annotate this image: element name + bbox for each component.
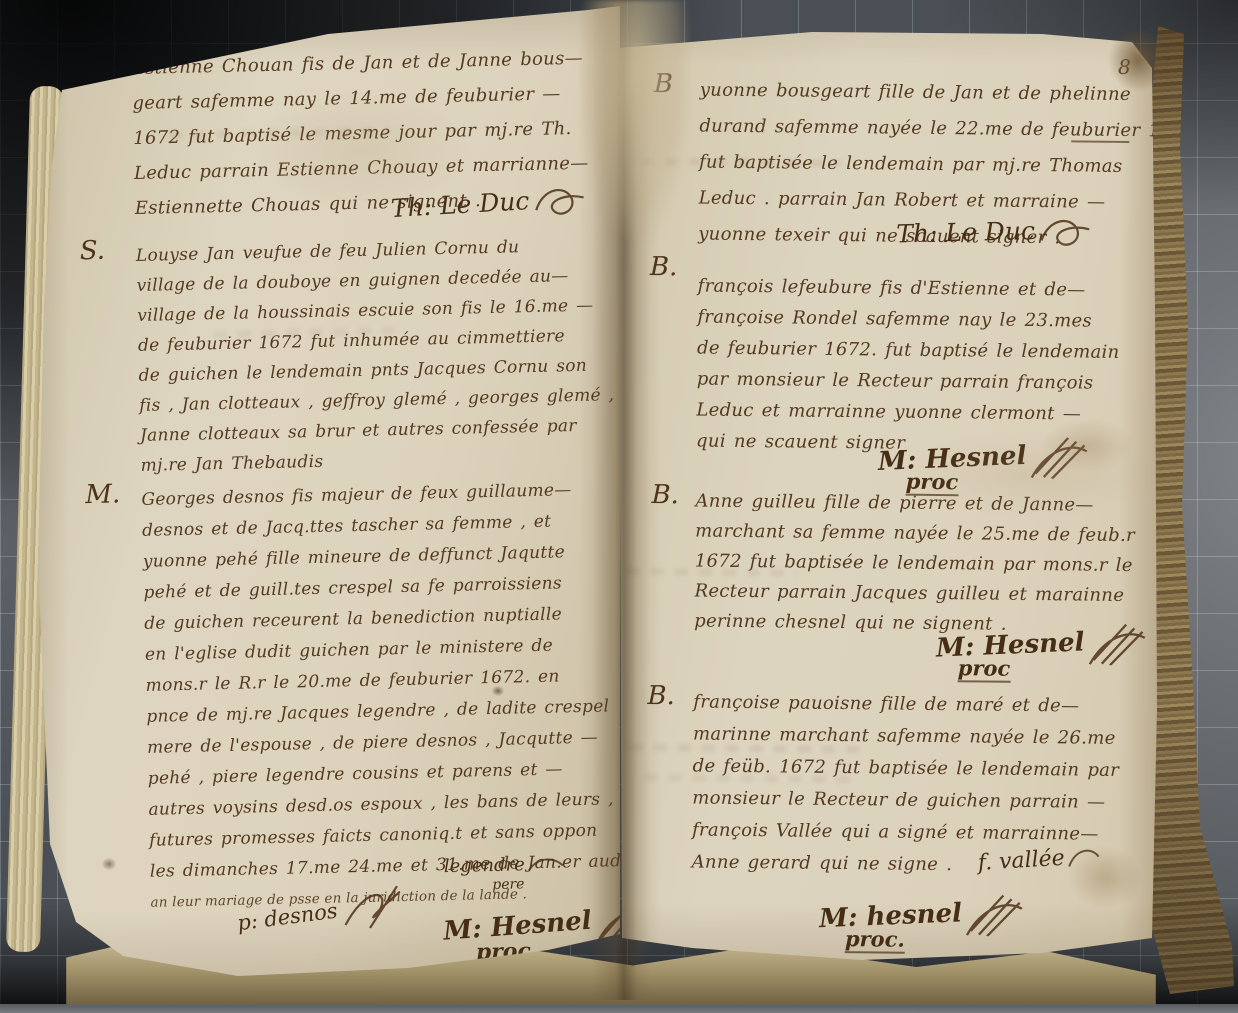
signature-name: legendre [444,854,525,877]
entry-line: françoise pauoisne fille de maré et de— [693,686,1120,722]
register-entry-burial: S. Louyse Jan veufue de feu Julien Cornu… [136,230,616,481]
entry-line: marchant sa femme nayée le 25.me de feub… [695,516,1135,551]
signature-name: p: desnos [236,899,339,936]
entry-line: monsieur le Recteur de guichen parrain — [692,782,1119,818]
signature-paraph [1064,840,1106,874]
entry-line: Recteur parrain Jacques guilleu et marai… [694,576,1134,611]
left-page: B. Estienne Chouan fis de Jan et de Jann… [28,4,620,980]
entry-line: Anne guilleu fille de pierre et de Janne… [695,486,1135,521]
entry-line: durand safemme nayée le 22.me de feuburi… [699,109,1195,150]
entry-margin-letter: B [654,66,673,102]
ink-bleedthrough [630,744,860,753]
ink-bleedthrough [645,774,855,783]
entry-line: yuonne bousgeart fille de Jan et de phel… [700,73,1196,114]
signature-paraph [961,889,1029,938]
mat-bottom-edge [0,1004,1238,1013]
right-page-text: 8 B yuonne bousgeart fille de Jan et de … [603,8,1158,966]
signature-paraph [335,881,410,934]
signature-name: pere [492,876,525,893]
entry-margin-letter: B. [75,46,103,82]
entry-line: françois lefeubure fis d'Estienne et de— [698,270,1121,305]
signature-paraph [1034,211,1093,252]
left-page-text: B. Estienne Chouan fis de Jan et de Jann… [26,0,640,981]
signature: pere [492,876,525,893]
signature-paraph [1083,618,1151,667]
signature-name: proc [958,655,1011,681]
ink-bleedthrough [627,568,797,577]
ink-bleedthrough [641,158,841,167]
entry-line: de feuburier 1672. fut baptisé le lendem… [697,332,1120,367]
page-number: 8 [1118,55,1131,79]
signature-paraph [525,851,568,878]
entry-margin-letter: B. [650,252,678,283]
signature-name: f. vallée [977,846,1065,876]
entry-line: françoise Rondel safemme nay le 23.mes [697,301,1120,336]
signature: Th: Le Duc [896,211,1094,256]
signature-paraph [528,179,588,222]
signature-name: Th: Le Duc [896,216,1035,248]
entry-margin-letter: S. [79,236,105,267]
entry-line: Leduc et marrainne yuonne clermont — [696,394,1119,429]
entry-line: par monsieur le Recteur parrain françois [697,363,1120,398]
entry-margin-letter: B. [651,480,679,510]
manuscript-register-photo: B. Estienne Chouan fis de Jan et de Jann… [0,0,1238,1013]
signature: proc. [845,926,905,954]
register-entry-baptism: B. Anne guilleu fille de pierre et de Ja… [694,486,1135,641]
signature-name: Th: Le Duc [390,186,530,223]
signature-paraph [1025,431,1093,480]
right-page: 8 B yuonne bousgeart fille de Jan et de … [612,8,1157,960]
entry-margin-letter: B. [647,680,675,712]
signature-name: proc. [845,926,905,952]
signature: proc [958,655,1011,683]
entry-margin-letter: M. [85,479,121,511]
